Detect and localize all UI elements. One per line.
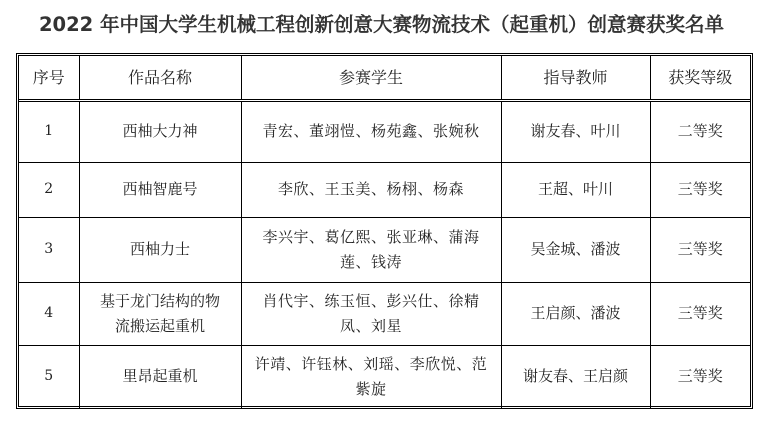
cell-advisor: 王启颜、潘波	[501, 282, 650, 345]
table-row: 5 里昂起重机 许靖、许钰林、刘瑶、李欣悦、范紫旋 谢友春、王启颜 三等奖	[19, 345, 750, 408]
cell-award: 三等奖	[650, 282, 750, 345]
cell-students: 李欣、王玉美、杨栩、杨森	[241, 162, 501, 217]
cell-advisor: 谢友春、王启颜	[501, 345, 650, 408]
cell-no: 2	[19, 162, 79, 217]
cell-no: 3	[19, 217, 79, 282]
cell-work: 西柚力士	[79, 217, 241, 282]
award-table: 序号 作品名称 参赛学生 指导教师 获奖等级 1 西柚大力神 青宏、董翊愷、杨苑…	[19, 56, 750, 408]
header-advisor: 指导教师	[501, 56, 650, 100]
cell-award: 二等奖	[650, 100, 750, 162]
cell-work: 西柚智鹿号	[79, 162, 241, 217]
cell-award: 三等奖	[650, 162, 750, 217]
cell-students: 青宏、董翊愷、杨苑鑫、张婉秋	[241, 100, 501, 162]
cell-students: 许靖、许钰林、刘瑶、李欣悦、范紫旋	[241, 345, 501, 408]
cell-award: 三等奖	[650, 217, 750, 282]
cell-advisor: 谢友春、叶川	[501, 100, 650, 162]
cell-students: 肖代宇、练玉恒、彭兴仕、徐精凤、刘星	[241, 282, 501, 345]
table-row: 4 基于龙门结构的物流搬运起重机 肖代宇、练玉恒、彭兴仕、徐精凤、刘星 王启颜、…	[19, 282, 750, 345]
header-award: 获奖等级	[650, 56, 750, 100]
cell-no: 5	[19, 345, 79, 408]
table-row: 1 西柚大力神 青宏、董翊愷、杨苑鑫、张婉秋 谢友春、叶川 二等奖	[19, 100, 750, 162]
cell-work: 基于龙门结构的物流搬运起重机	[79, 282, 241, 345]
cell-award: 三等奖	[650, 345, 750, 408]
cell-work: 里昂起重机	[79, 345, 241, 408]
table-row: 2 西柚智鹿号 李欣、王玉美、杨栩、杨森 王超、叶川 三等奖	[19, 162, 750, 217]
cell-advisor: 王超、叶川	[501, 162, 650, 217]
header-no: 序号	[19, 56, 79, 100]
cell-no: 4	[19, 282, 79, 345]
cell-students: 李兴宇、葛亿熙、张亚琳、蒲海莲、钱涛	[241, 217, 501, 282]
table-row: 3 西柚力士 李兴宇、葛亿熙、张亚琳、蒲海莲、钱涛 吴金城、潘波 三等奖	[19, 217, 750, 282]
table-header-row: 序号 作品名称 参赛学生 指导教师 获奖等级	[19, 56, 750, 100]
header-students: 参赛学生	[241, 56, 501, 100]
header-work: 作品名称	[79, 56, 241, 100]
page-title: 2022 年中国大学生机械工程创新创意大赛物流技术（起重机）创意赛获奖名单	[0, 9, 763, 37]
cell-work: 西柚大力神	[79, 100, 241, 162]
award-table-container: 序号 作品名称 参赛学生 指导教师 获奖等级 1 西柚大力神 青宏、董翊愷、杨苑…	[16, 53, 753, 409]
cell-advisor: 吴金城、潘波	[501, 217, 650, 282]
cell-no: 1	[19, 100, 79, 162]
